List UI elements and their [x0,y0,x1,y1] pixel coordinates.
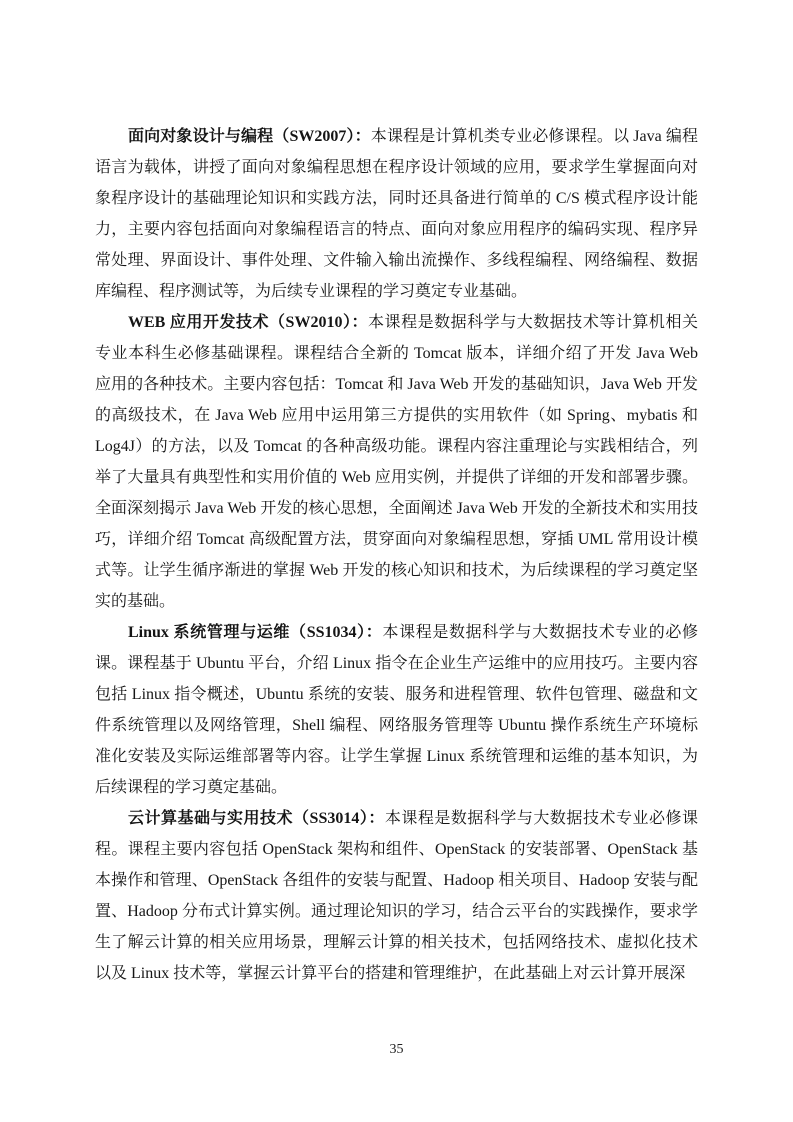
course-paragraph: 面向对象设计与编程（SW2007）：本课程是计算机类专业必修课程。以 Java … [95,121,698,307]
page-number: 35 [0,1041,793,1059]
course-body-text: 本课程是计算机类专业必修课程。以 Java 编程语言为载体，讲授了面向对象编程思… [95,128,698,300]
course-title: 云计算基础与实用技术（SS3014）： [128,810,385,827]
course-paragraph: WEB 应用开发技术（SW2010）：本课程是数据科学与大数据技术等计算机相关专… [95,307,698,617]
course-body-text: 本课程是数据科学与大数据技术等计算机相关专业本科生必修基础课程。课程结合全新的 … [95,314,698,610]
course-body-text: 本课程是数据科学与大数据技术专业必修课程。课程主要内容包括 OpenStack … [95,810,698,982]
course-title: WEB 应用开发技术（SW2010）： [128,314,368,331]
document-body: 面向对象设计与编程（SW2007）：本课程是计算机类专业必修课程。以 Java … [95,121,698,989]
document-page: 面向对象设计与编程（SW2007）：本课程是计算机类专业必修课程。以 Java … [0,0,793,1122]
course-body-text: 本课程是数据科学与大数据技术专业的必修课。课程基于 Ubuntu 平台，介绍 L… [95,624,698,796]
course-paragraph: 云计算基础与实用技术（SS3014）：本课程是数据科学与大数据技术专业必修课程。… [95,803,698,989]
course-title: 面向对象设计与编程（SW2007）： [128,128,371,145]
course-paragraph: Linux 系统管理与运维（SS1034）：本课程是数据科学与大数据技术专业的必… [95,617,698,803]
course-title: Linux 系统管理与运维（SS1034）： [128,624,382,641]
